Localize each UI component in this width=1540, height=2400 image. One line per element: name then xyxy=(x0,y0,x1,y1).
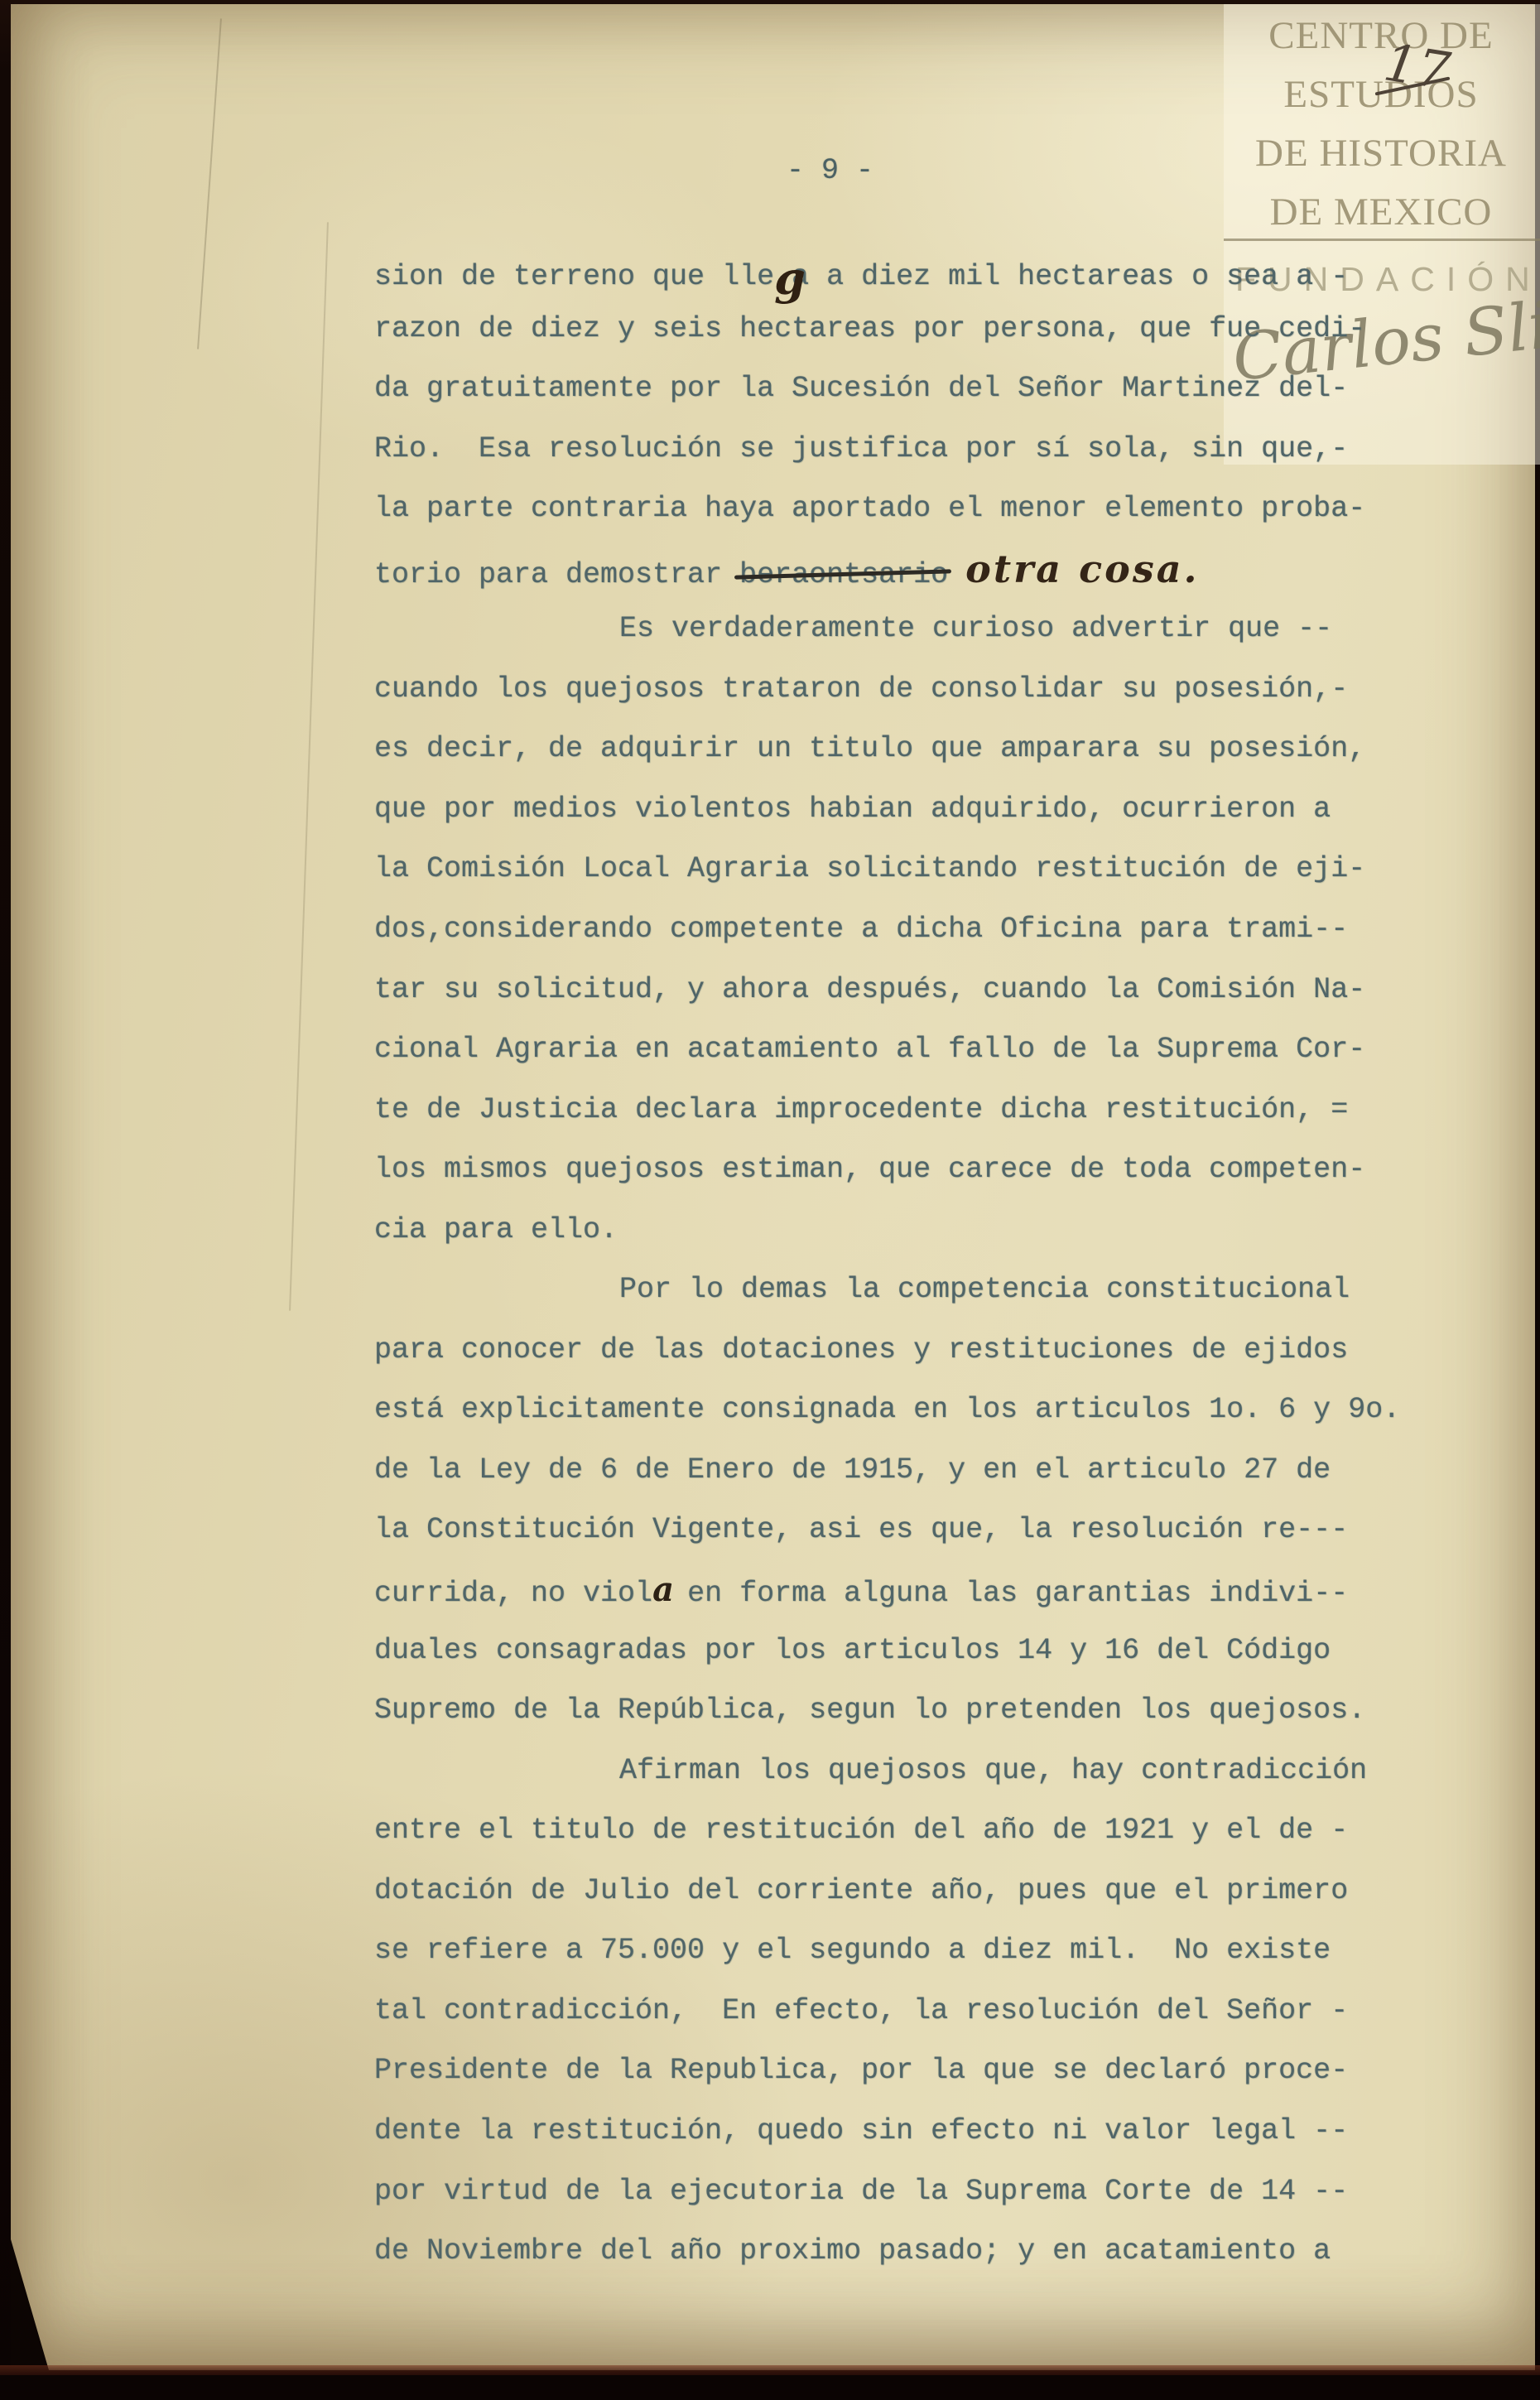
document-line: dos,considerando competente a dicha Ofic… xyxy=(374,899,1451,960)
document-line: Afirman los quejosos que, hay contradicc… xyxy=(374,1741,1451,1801)
handwritten-correction: otra cosa. xyxy=(965,547,1199,591)
typed-text xyxy=(948,558,965,591)
typed-text: Rio. Esa resolución se justifica por sí … xyxy=(374,432,1348,465)
typed-text: cia para ello. xyxy=(374,1213,618,1246)
typed-text: sion de terreno que lle xyxy=(374,260,774,293)
typed-text: se refiere a 75.000 y el segundo a diez … xyxy=(374,1934,1331,1967)
document-line: la parte contraria haya aportado el meno… xyxy=(374,479,1451,539)
typed-text: la Comisión Local Agraria solicitando re… xyxy=(374,852,1365,885)
typed-text: es decir, de adquirir un titulo que ampa… xyxy=(374,732,1365,765)
document-line: que por medios violentos habian adquirid… xyxy=(374,779,1451,840)
typed-text: duales consagradas por los articulos 14 … xyxy=(374,1634,1331,1667)
document-line: es decir, de adquirir un titulo que ampa… xyxy=(374,719,1451,779)
document-line: sion de terreno que llega a diez mil hec… xyxy=(374,239,1451,299)
typed-text: cuando los quejosos trataron de consolid… xyxy=(374,672,1348,706)
document-line: dotación de Julio del corriente año, pue… xyxy=(374,1861,1451,1921)
archive-stamp: CENTRO DE ESTUDIOS DE HISTORIA DE MEXICO xyxy=(1224,7,1538,242)
page-number: - 9 - xyxy=(787,154,873,187)
typed-text: dos,considerando competente a dicha Ofic… xyxy=(374,913,1348,946)
document-line: razon de diez y seis hectareas por perso… xyxy=(374,299,1451,359)
typed-text: dente la restitución, quedo sin efecto n… xyxy=(374,2114,1348,2147)
document-line: da gratuitamente por la Sucesión del Señ… xyxy=(374,359,1451,419)
document-line: la Comisión Local Agraria solicitando re… xyxy=(374,839,1451,899)
document-line: tar su solicitud, y ahora después, cuand… xyxy=(374,960,1451,1020)
document-line: tal contradicción, En efecto, la resoluc… xyxy=(374,1981,1451,2041)
paper-bottom-edge xyxy=(0,2365,1540,2375)
document-line: Rio. Esa resolución se justifica por sí … xyxy=(374,419,1451,480)
typed-text: Afirman los quejosos que, hay contradicc… xyxy=(619,1754,1367,1787)
typed-text: Presidente de la Republica, por la que s… xyxy=(374,2054,1348,2087)
typed-text: de Noviembre del año proximo pasado; y e… xyxy=(374,2234,1331,2267)
document-line: torio para demostrar beraontsario otra c… xyxy=(374,539,1451,600)
typed-text: torio para demostrar xyxy=(374,558,739,591)
typed-text: para conocer de las dotaciones y restitu… xyxy=(374,1333,1348,1366)
typed-text: tar su solicitud, y ahora después, cuand… xyxy=(374,973,1365,1006)
document-line: para conocer de las dotaciones y restitu… xyxy=(374,1320,1451,1381)
handwritten-correction: a xyxy=(652,1560,670,1621)
paper-corner-curl xyxy=(11,2239,49,2370)
document-text: sion de terreno que llega a diez mil hec… xyxy=(374,239,1451,2282)
typed-text: por virtud de la ejecutoria de la Suprem… xyxy=(374,2175,1348,2208)
document-line: Por lo demas la competencia constitucion… xyxy=(374,1260,1451,1320)
typed-text: en forma alguna las garantias indivi-- xyxy=(670,1577,1348,1610)
typed-text: está explicitamente consignada en los ar… xyxy=(374,1393,1400,1426)
document-line: por virtud de la ejecutoria de la Suprem… xyxy=(374,2161,1451,2222)
typed-text: Supremo de la República, segun lo preten… xyxy=(374,1694,1365,1727)
document-line: cuando los quejosos trataron de consolid… xyxy=(374,659,1451,720)
document-line: entre el titulo de restitución del año d… xyxy=(374,1800,1451,1861)
stamp-line: ESTUDIOS xyxy=(1224,65,1538,124)
typed-text: dotación de Julio del corriente año, pue… xyxy=(374,1874,1348,1907)
document-line: cional Agraria en acatamiento al fallo d… xyxy=(374,1019,1451,1080)
document-line: de Noviembre del año proximo pasado; y e… xyxy=(374,2221,1451,2282)
typed-text: la parte contraria haya aportado el meno… xyxy=(374,492,1365,525)
stamp-line: DE MEXICO xyxy=(1224,183,1538,242)
typed-text: currida, no viol xyxy=(374,1577,652,1610)
document-line: Supremo de la República, segun lo preten… xyxy=(374,1680,1451,1741)
document-line: duales consagradas por los articulos 14 … xyxy=(374,1621,1451,1681)
typed-text: da gratuitamente por la Sucesión del Señ… xyxy=(374,372,1348,405)
typed-text: que por medios violentos habian adquirid… xyxy=(374,793,1331,826)
typed-text: razon de diez y seis hectareas por perso… xyxy=(374,312,1365,345)
document-line: de la Ley de 6 de Enero de 1915, y en el… xyxy=(374,1440,1451,1501)
typed-text: Por lo demas la competencia constitucion… xyxy=(619,1273,1350,1306)
document-line: Presidente de la Republica, por la que s… xyxy=(374,2041,1451,2101)
document-line: está explicitamente consignada en los ar… xyxy=(374,1380,1451,1440)
handwritten-correction: g xyxy=(774,248,792,309)
typed-text: cional Agraria en acatamiento al fallo d… xyxy=(374,1033,1365,1066)
document-line: cia para ello. xyxy=(374,1200,1451,1260)
scanned-document-view: CENTRO DE ESTUDIOS DE HISTORIA DE MEXICO… xyxy=(0,0,1540,2400)
typed-text: los mismos quejosos estiman, que carece … xyxy=(374,1153,1365,1186)
typed-text: la Constitución Vigente, asi es que, la … xyxy=(374,1513,1348,1546)
stamp-line: DE HISTORIA xyxy=(1224,124,1538,183)
document-line: currida, no viola en forma alguna las ga… xyxy=(374,1560,1451,1621)
typed-text: tal contradicción, En efecto, la resoluc… xyxy=(374,1994,1348,2027)
document-line: dente la restitución, quedo sin efecto n… xyxy=(374,2101,1451,2161)
typed-text: a a diez mil hectareas o sea a - xyxy=(792,260,1348,293)
typed-text: entre el titulo de restitución del año d… xyxy=(374,1814,1348,1847)
document-line: te de Justicia declara improcedente dich… xyxy=(374,1080,1451,1140)
typed-text: de la Ley de 6 de Enero de 1915, y en el… xyxy=(374,1453,1331,1487)
typed-text: te de Justicia declara improcedente dich… xyxy=(374,1093,1348,1126)
document-line: los mismos quejosos estiman, que carece … xyxy=(374,1140,1451,1200)
document-line: la Constitución Vigente, asi es que, la … xyxy=(374,1500,1451,1560)
document-line: se refiere a 75.000 y el segundo a diez … xyxy=(374,1920,1451,1981)
typed-text: Es verdaderamente curioso advertir que -… xyxy=(619,612,1332,645)
stamp-line: CENTRO DE xyxy=(1224,7,1538,65)
struck-out-text: beraontsario xyxy=(739,558,948,591)
document-line: Es verdaderamente curioso advertir que -… xyxy=(374,599,1451,659)
